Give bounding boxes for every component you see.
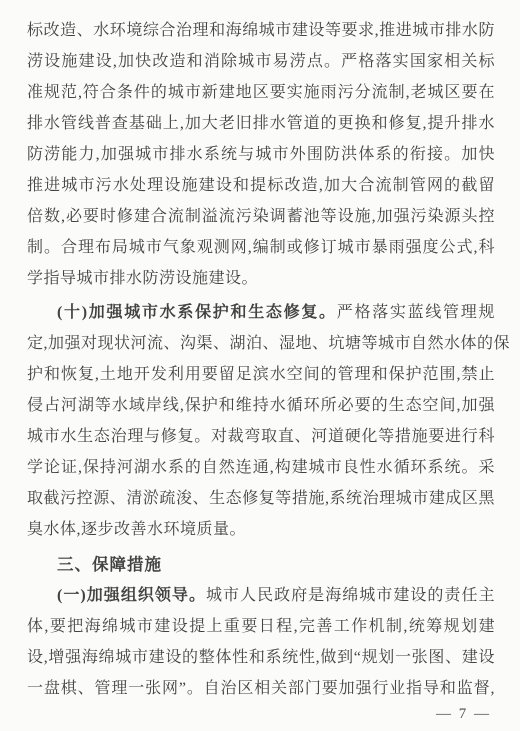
- text-line: 城市水生态治理与修复。对裁弯取直、河道硬化等措施要进行科: [27, 421, 495, 452]
- text-line: 排水管线普查基础上,加大老旧排水管道的更换和修复,提升排水: [27, 108, 495, 139]
- page-body: 标改造、水环境综合治理和海绵城市建设等要求,推进城市排水防 涝设施建设,加快改造…: [0, 0, 520, 724]
- paragraph-lead-tail: 严格落实蓝线管理规: [337, 304, 495, 321]
- paragraph-organizational-leadership: (一)加强组织领导。城市人民政府是海绵城市建设的责任主 体,要把海绵城市建设提上…: [27, 580, 495, 704]
- section-heading-safeguards: 三、保障措施: [27, 549, 495, 580]
- paragraph-lead-bold: (十)加强城市水系保护和生态修复。: [57, 304, 337, 321]
- paragraph-water-ecology: (十)加强城市水系保护和生态修复。严格落实蓝线管理规 定,加强对现状河流、沟渠、…: [27, 297, 495, 545]
- text-line: 取截污控源、清淤疏浚、生态修复等措施,系统治理城市建成区黑: [27, 483, 495, 514]
- text-line: 臭水体,逐步改善水环境质量。: [27, 514, 495, 545]
- paragraph-lead-bold: (一)加强组织领导。: [57, 587, 206, 604]
- text-line: 一盘棋、管理一张网”。自治区相关部门要加强行业指导和监督,: [27, 673, 495, 704]
- text-line: 准规范,符合条件的城市新建地区要实施雨污分流制,老城区要在: [27, 77, 495, 108]
- text-line: 设,增强海绵城市建设的整体性和系统性,做到“规划一张图、建设: [27, 642, 495, 673]
- text-line: 推进城市污水处理设施建设和提标改造,加大合流制管网的截留: [27, 170, 495, 201]
- text-line: 定,加强对现状河流、沟渠、湖泊、湿地、坑塘等城市自然水体的保: [27, 328, 495, 359]
- text-line: 制。合理布局城市气象观测网,编制或修订城市暴雨强度公式,科: [27, 232, 495, 263]
- document-page: 标改造、水环境综合治理和海绵城市建设等要求,推进城市排水防 涝设施建设,加快改造…: [0, 0, 520, 731]
- text-line: 护和恢复,土地开发利用要留足滨水空间的管理和保护范围,禁止: [27, 359, 495, 390]
- paragraph-drainage: 标改造、水环境综合治理和海绵城市建设等要求,推进城市排水防 涝设施建设,加快改造…: [27, 15, 495, 294]
- text-line: 涝设施建设,加快改造和消除城市易涝点。严格落实国家相关标: [27, 46, 495, 77]
- text-line: 标改造、水环境综合治理和海绵城市建设等要求,推进城市排水防: [27, 15, 495, 46]
- text-line: 体,要把海绵城市建设提上重要日程,完善工作机制,统筹规划建: [27, 611, 495, 642]
- text-line: 学指导城市排水防涝设施建设。: [27, 263, 495, 294]
- text-line: 学论证,保持河湖水系的自然连通,构建城市良性水循环系统。采: [27, 452, 495, 483]
- text-line: (一)加强组织领导。城市人民政府是海绵城市建设的责任主: [27, 580, 495, 611]
- page-number: — 7 —: [27, 704, 495, 724]
- text-line: 侵占河湖等水域岸线,保护和维持水循环所必要的生态空间,加强: [27, 390, 495, 421]
- text-line: 倍数,必要时修建合流制溢流污染调蓄池等设施,加强污染源头控: [27, 201, 495, 232]
- paragraph-lead-tail: 城市人民政府是海绵城市建设的责任主: [206, 587, 495, 604]
- text-line: (十)加强城市水系保护和生态修复。严格落实蓝线管理规: [27, 297, 495, 328]
- text-line: 防涝能力,加强城市排水系统与城市外围防洪体系的衔接。加快: [27, 139, 495, 170]
